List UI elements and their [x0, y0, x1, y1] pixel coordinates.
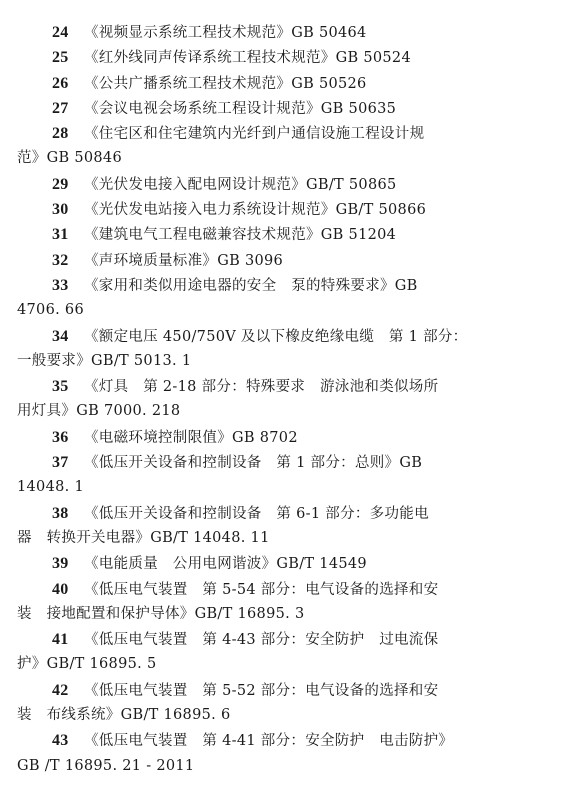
item-text: 《电磁环境控制限值》GB 8702 — [84, 430, 298, 446]
list-item: 26《公共广播系统工程技术规范》GB 50526 — [17, 71, 497, 96]
item-number: 37 — [52, 450, 78, 475]
item-text: 《电能质量 公用电网谐波》GB/T 14549 — [84, 556, 367, 572]
item-number: 38 — [52, 501, 78, 526]
item-text: 《光伏发电接入配电网设计规范》GB/T 50865 — [84, 177, 397, 193]
item-text: 《额定电压 450/750V 及以下橡皮绝缘电缆 第 1 部分： — [84, 329, 467, 345]
item-number: 27 — [52, 96, 78, 121]
item-text: 《灯具 第 2-18 部分：特殊要求 游泳池和类似场所 — [84, 379, 438, 395]
item-number: 26 — [52, 71, 78, 96]
item-text: 《红外线同声传译系统工程技术规范》GB 50524 — [84, 50, 411, 66]
list-item: 38《低压开关设备和控制设备 第 6-1 部分：多功能电 — [17, 501, 497, 526]
list-item: 31《建筑电气工程电磁兼容技术规范》GB 51204 — [17, 222, 497, 247]
item-text: 《声环境质量标准》GB 3096 — [84, 253, 283, 269]
list-item: 43《低压电气装置 第 4-41 部分：安全防护 电击防护》 — [17, 728, 497, 753]
list-item: 36《电磁环境控制限值》GB 8702 — [17, 425, 497, 450]
item-number: 33 — [52, 273, 78, 298]
item-text: 《公共广播系统工程技术规范》GB 50526 — [84, 76, 367, 92]
item-number: 34 — [52, 324, 78, 349]
item-text: 《低压开关设备和控制设备 第 1 部分：总则》GB — [84, 455, 422, 471]
item-number: 42 — [52, 678, 78, 703]
item-number: 29 — [52, 172, 78, 197]
item-text: 《建筑电气工程电磁兼容技术规范》GB 51204 — [84, 227, 396, 243]
item-text: 《光伏发电站接入电力系统设计规范》GB/T 50866 — [84, 202, 426, 218]
item-number: 32 — [52, 248, 78, 273]
item-number: 24 — [52, 20, 78, 45]
item-number: 35 — [52, 374, 78, 399]
item-text: 《低压电气装置 第 5-54 部分：电气设备的选择和安 — [84, 582, 438, 598]
item-text: 《低压电气装置 第 4-43 部分：安全防护 过电流保 — [84, 632, 438, 648]
list-item-continuation: 护》GB/T 16895. 5 — [17, 652, 497, 677]
list-item: 34《额定电压 450/750V 及以下橡皮绝缘电缆 第 1 部分： — [17, 324, 497, 349]
list-item: 30《光伏发电站接入电力系统设计规范》GB/T 50866 — [17, 197, 497, 222]
list-item: 28《住宅区和住宅建筑内光纤到户通信设施工程设计规 — [17, 121, 497, 146]
list-item: 41《低压电气装置 第 4-43 部分：安全防护 过电流保 — [17, 627, 497, 652]
item-number: 41 — [52, 627, 78, 652]
list-item: 42《低压电气装置 第 5-52 部分：电气设备的选择和安 — [17, 678, 497, 703]
list-item: 32《声环境质量标准》GB 3096 — [17, 248, 497, 273]
item-number: 43 — [52, 728, 78, 753]
list-item-continuation: 范》GB 50846 — [17, 146, 497, 171]
item-text: 《低压开关设备和控制设备 第 6-1 部分：多功能电 — [84, 506, 429, 522]
item-number: 39 — [52, 551, 78, 576]
item-text: 《低压电气装置 第 4-41 部分：安全防护 电击防护》 — [84, 733, 453, 749]
list-item-continuation: 一般要求》GB/T 5013. 1 — [17, 349, 497, 374]
list-item-continuation: GB /T 16895. 21 - 2011 — [17, 754, 497, 779]
list-item: 39《电能质量 公用电网谐波》GB/T 14549 — [17, 551, 497, 576]
item-text: 《视频显示系统工程技术规范》GB 50464 — [84, 25, 367, 41]
item-number: 36 — [52, 425, 78, 450]
item-number: 31 — [52, 222, 78, 247]
item-text: 《家用和类似用途电器的安全 泵的特殊要求》GB — [84, 278, 418, 294]
item-text: 《住宅区和住宅建筑内光纤到户通信设施工程设计规 — [84, 126, 424, 142]
list-item: 37《低压开关设备和控制设备 第 1 部分：总则》GB — [17, 450, 497, 475]
list-item-continuation: 装 布线系统》GB/T 16895. 6 — [17, 703, 497, 728]
item-number: 40 — [52, 577, 78, 602]
item-number: 28 — [52, 121, 78, 146]
standards-reference-list: 24《视频显示系统工程技术规范》GB 50464 25《红外线同声传译系统工程技… — [17, 20, 497, 779]
list-item: 27《会议电视会场系统工程设计规范》GB 50635 — [17, 96, 497, 121]
list-item: 24《视频显示系统工程技术规范》GB 50464 — [17, 20, 497, 45]
list-item-continuation: 用灯具》GB 7000. 218 — [17, 399, 497, 424]
list-item: 29《光伏发电接入配电网设计规范》GB/T 50865 — [17, 172, 497, 197]
list-item-continuation: 14048. 1 — [17, 475, 497, 500]
list-item: 33《家用和类似用途电器的安全 泵的特殊要求》GB — [17, 273, 497, 298]
list-item-continuation: 装 接地配置和保护导体》GB/T 16895. 3 — [17, 602, 497, 627]
list-item-continuation: 4706. 66 — [17, 298, 497, 323]
list-item: 40《低压电气装置 第 5-54 部分：电气设备的选择和安 — [17, 577, 497, 602]
item-text: 《会议电视会场系统工程设计规范》GB 50635 — [84, 101, 396, 117]
item-number: 30 — [52, 197, 78, 222]
list-item: 35《灯具 第 2-18 部分：特殊要求 游泳池和类似场所 — [17, 374, 497, 399]
list-item: 25《红外线同声传译系统工程技术规范》GB 50524 — [17, 45, 497, 70]
item-number: 25 — [52, 45, 78, 70]
list-item-continuation: 器 转换开关电器》GB/T 14048. 11 — [17, 526, 497, 551]
item-text: 《低压电气装置 第 5-52 部分：电气设备的选择和安 — [84, 683, 438, 699]
